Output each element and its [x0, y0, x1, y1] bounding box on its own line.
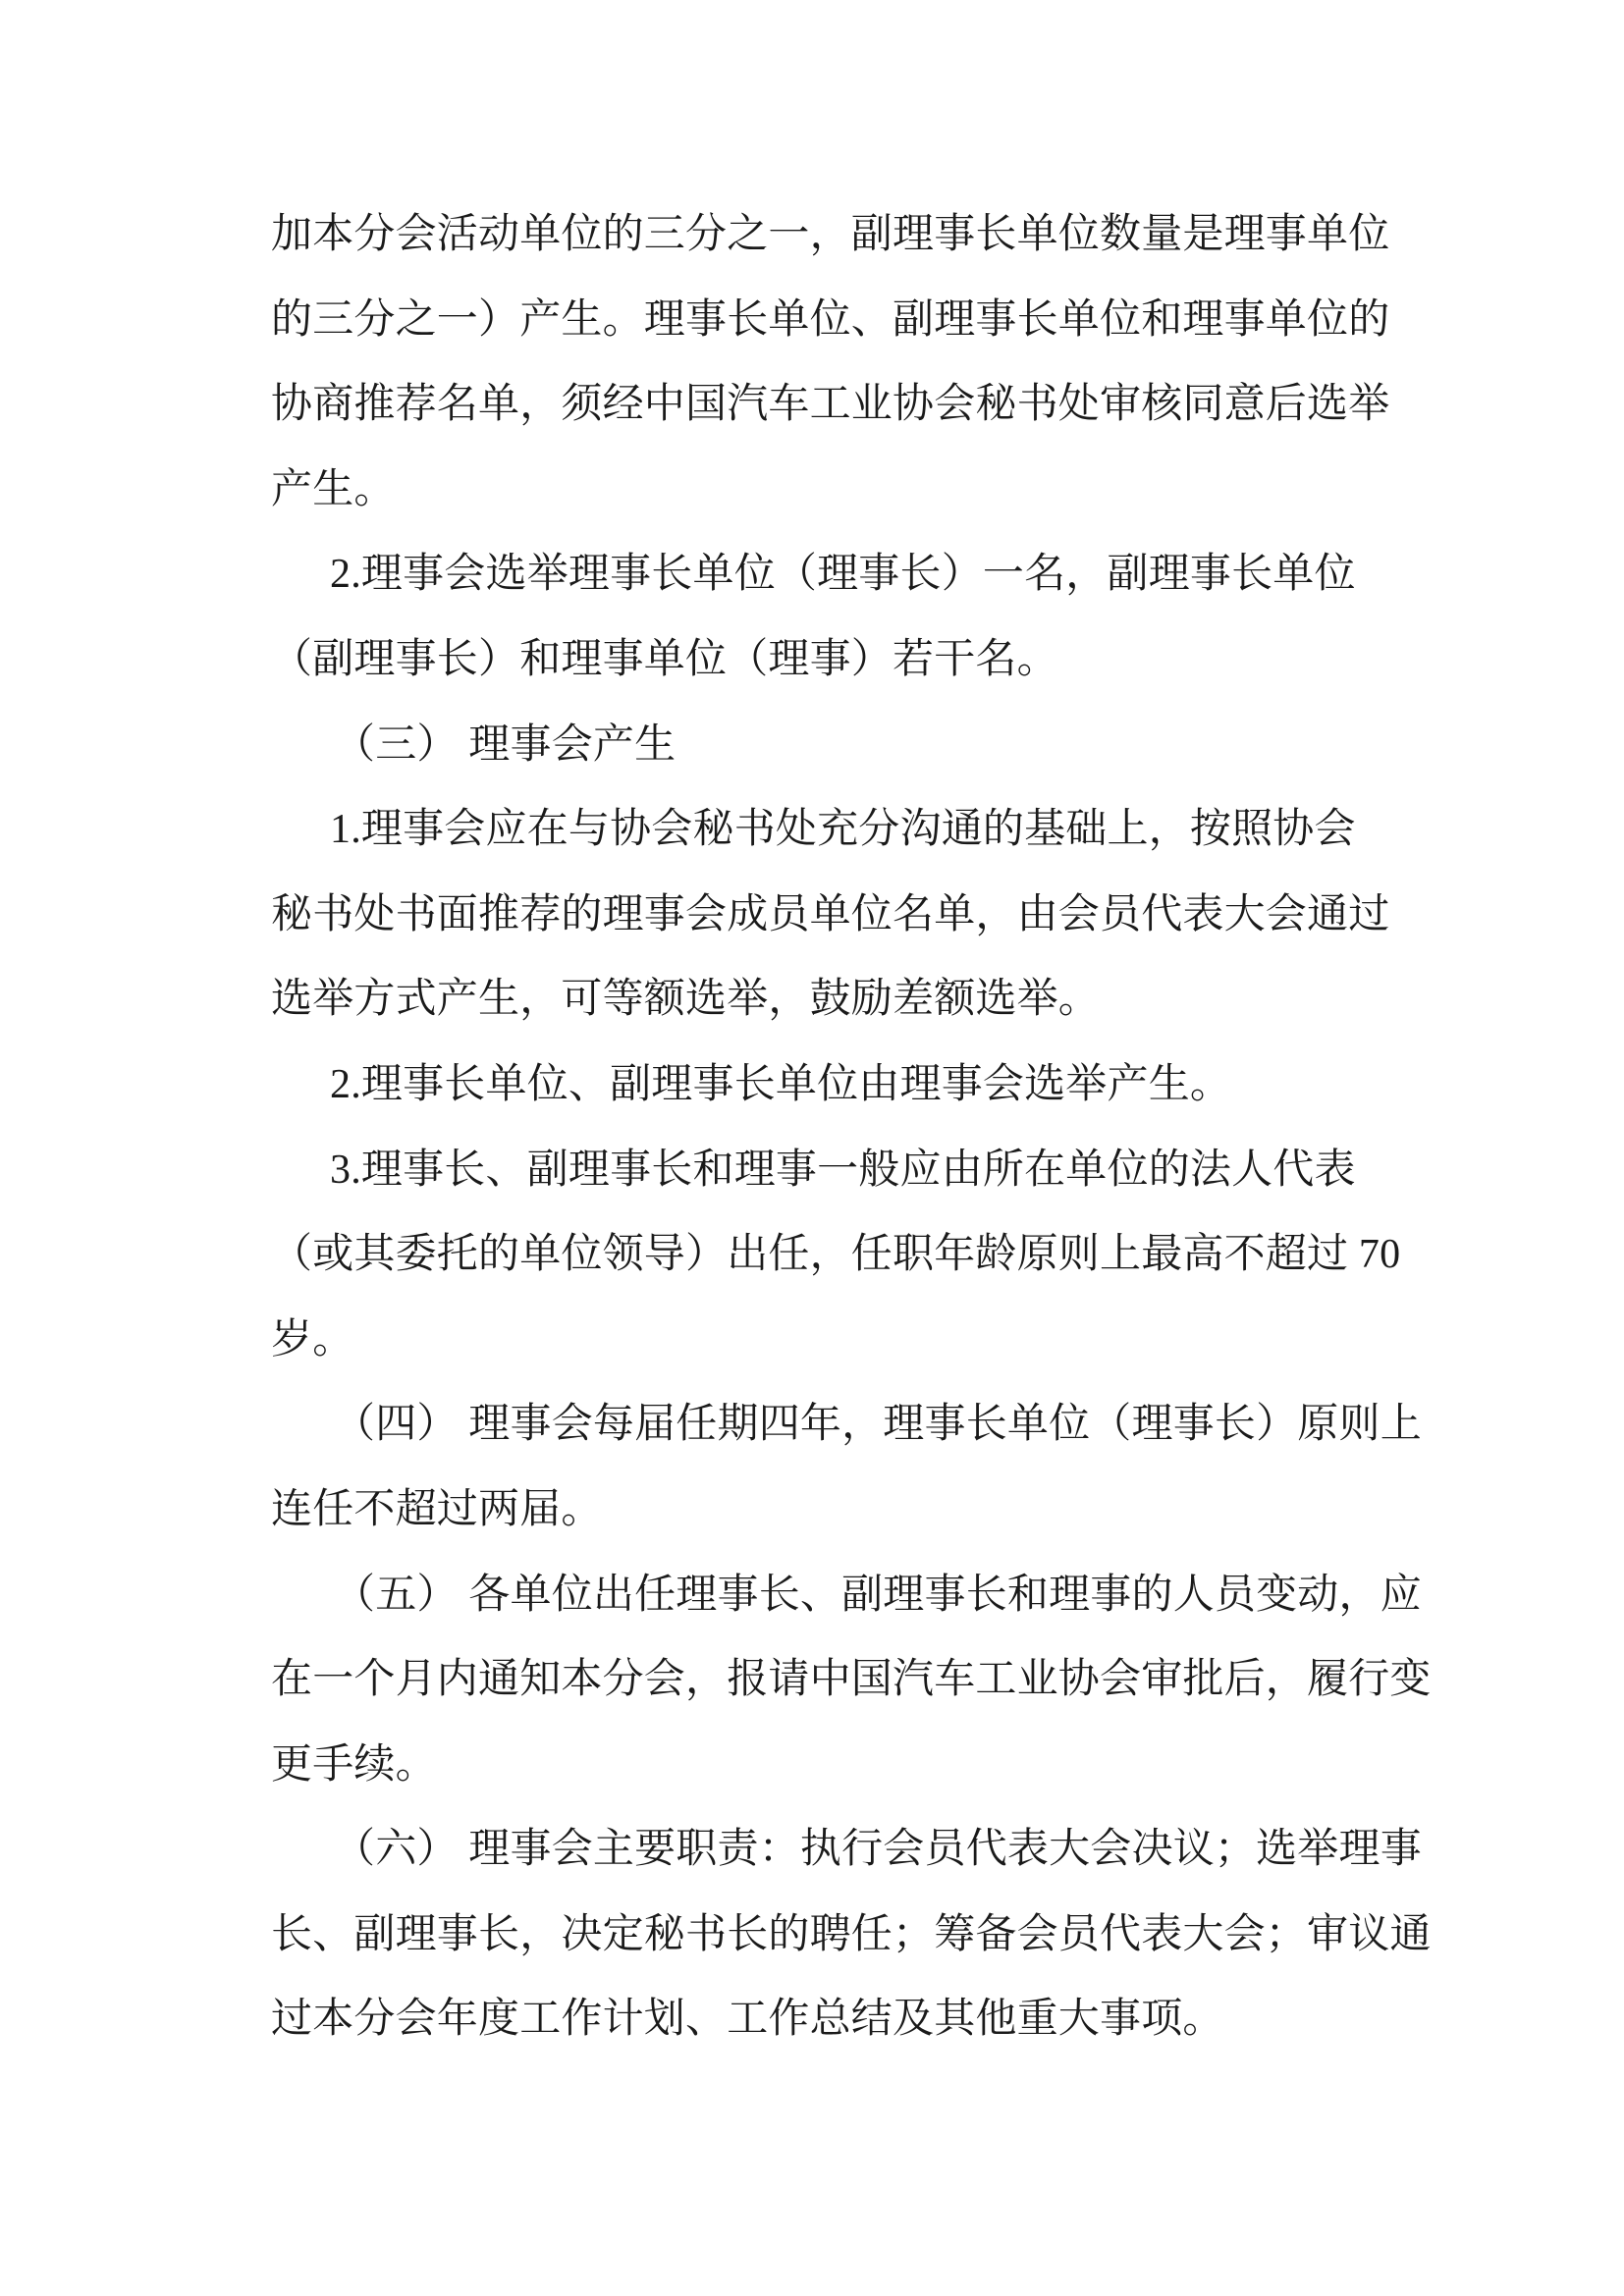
text-line: 协商推荐名单，须经中国汽车工业协会秘书处审核同意后选举	[271, 362, 1489, 448]
text-line: 2.理事长单位、副理事长单位由理事会选举产生。	[271, 1042, 1489, 1128]
section-heading-line: （四） 理事会每届任期四年，理事长单位（理事长）原则上	[271, 1382, 1489, 1468]
text-line: 产生。	[271, 448, 1489, 533]
text-line: 过本分会年度工作计划、工作总结及其他重大事项。	[271, 1977, 1489, 2062]
text-line: （副理事长）和理事单位（理事）若干名。	[271, 617, 1489, 703]
text-line: 的三分之一）产生。理事长单位、副理事长单位和理事单位的	[271, 278, 1489, 363]
text-line: 2.理事会选举理事长单位（理事长）一名，副理事长单位	[271, 532, 1489, 617]
text-line: 连任不超过两届。	[271, 1468, 1489, 1553]
text-line: 在一个月内通知本分会，报请中国汽车工业协会审批后，履行变	[271, 1637, 1489, 1723]
text-line: 选举方式产生，可等额选举，鼓励差额选举。	[271, 957, 1489, 1042]
text-line: 更手续。	[271, 1723, 1489, 1808]
text-line: 秘书处书面推荐的理事会成员单位名单，由会员代表大会通过	[271, 873, 1489, 958]
text-line: 岁。	[271, 1298, 1489, 1383]
text-line: 长、副理事长，决定秘书长的聘任；筹备会员代表大会；审议通	[271, 1893, 1489, 1978]
text-line: 3.理事长、副理事长和理事一般应由所在单位的法人代表	[271, 1128, 1489, 1213]
document-page: 加本分会活动单位的三分之一，副理事长单位数量是理事单位 的三分之一）产生。理事长…	[0, 0, 1624, 2296]
section-heading-line: （六） 理事会主要职责：执行会员代表大会决议；选举理事	[271, 1807, 1489, 1893]
section-heading-line: （五） 各单位出任理事长、副理事长和理事的人员变动，应	[271, 1553, 1489, 1638]
document-text: 加本分会活动单位的三分之一，副理事长单位数量是理事单位 的三分之一）产生。理事长…	[271, 192, 1489, 2062]
section-heading-line: （三） 理事会产生	[271, 703, 1489, 788]
text-line: （或其委托的单位领导）出任，任职年龄原则上最高不超过 70	[271, 1212, 1489, 1298]
text-line: 1.理事会应在与协会秘书处充分沟通的基础上，按照协会	[271, 787, 1489, 873]
text-line: 加本分会活动单位的三分之一，副理事长单位数量是理事单位	[271, 192, 1489, 278]
